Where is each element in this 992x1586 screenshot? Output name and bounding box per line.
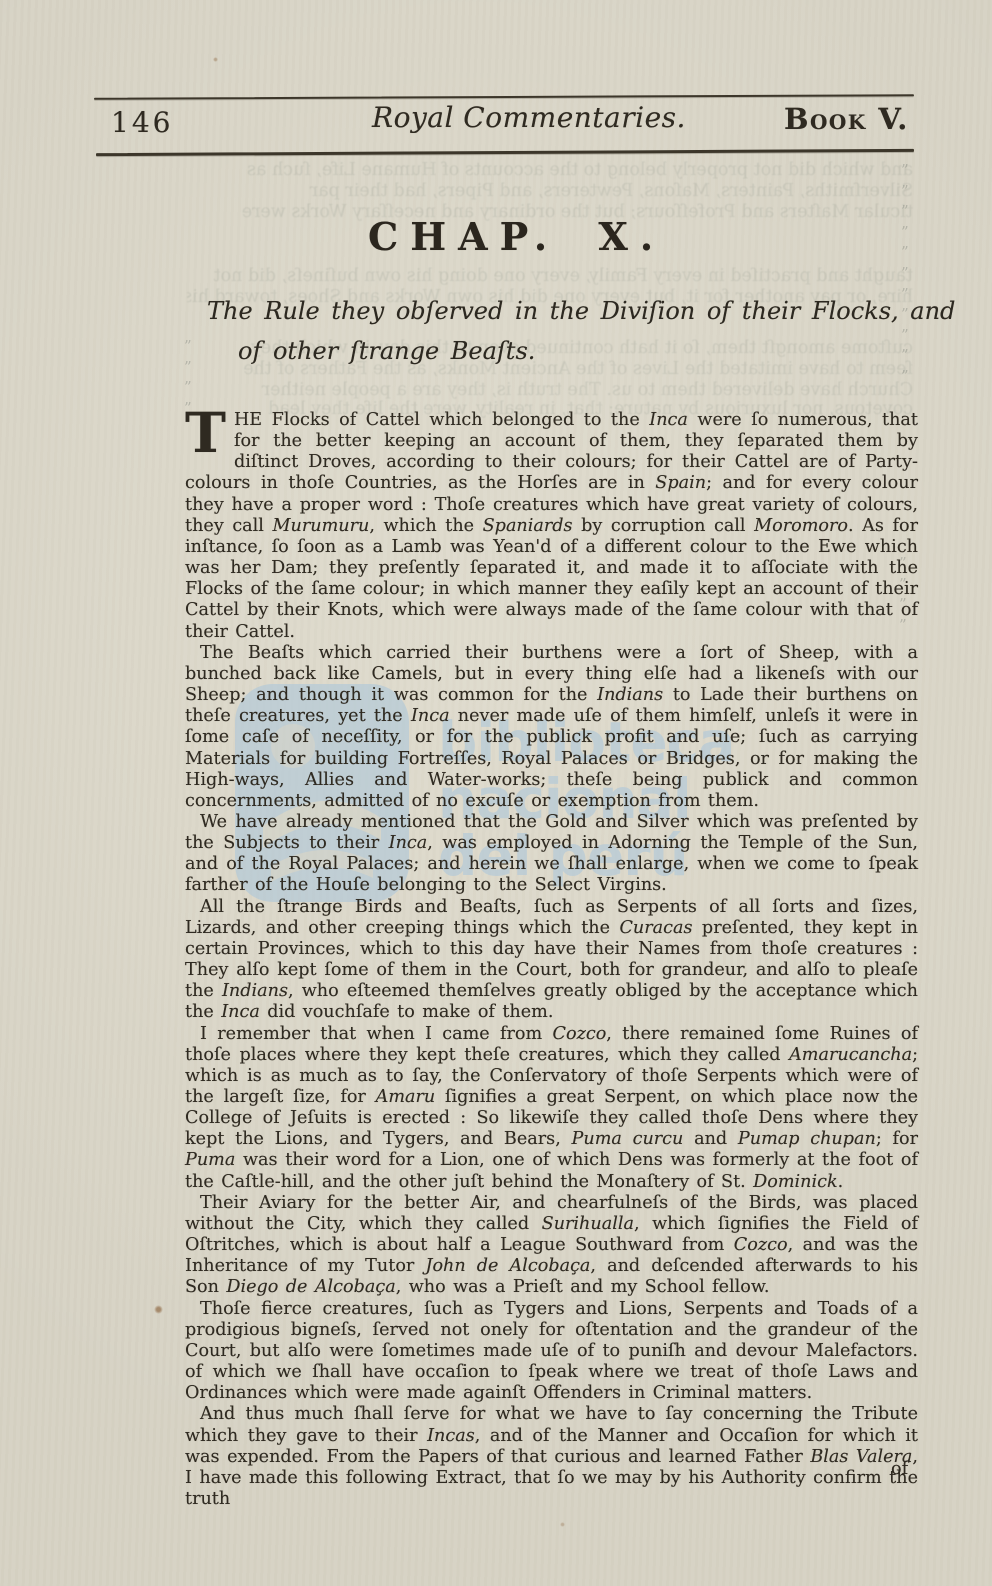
paragraph: All the ſtrange Birds and Beaſts, ſuch a… [185,897,918,1024]
chapter-heading: CHAP. X. [368,214,665,259]
bleedthrough-line: Silverſmiths, Painters, Maſons, Pewterer… [187,181,913,201]
paragraph: Their Aviary for the better Air, and che… [185,1193,918,1299]
paragraph: Thoſe fierce creatures, ſuch as Tygers a… [185,1299,918,1405]
bleedthrough-quote-marks: ” ” ” ” ” ” ” ” ” ” ” [901,160,909,387]
paragraph: The Beaſts which carried their burthens … [185,643,918,812]
foxing-spot [213,57,218,62]
paragraph: I remember that when I came from Cozco, … [185,1024,918,1193]
catchword: of [891,1459,908,1479]
drop-cap: T [185,410,234,454]
paragraph: And thus much ſhall ſerve for what we ha… [185,1404,918,1510]
bleedthrough-line: Church have delivered them to us. The tr… [187,380,913,400]
bleedthrough-line: taught and practiſed in every Family, ev… [187,266,913,286]
header-rule-top [94,94,914,100]
running-title: Royal Commentaries. [372,101,686,134]
foxing-spot [560,1522,565,1527]
foxing-spot [154,1305,163,1314]
book-label: Book V. [784,102,909,136]
page-number: 146 [111,106,173,139]
chapter-subtitle-line2: of other ſtrange Beaſts. [238,337,535,365]
bleedthrough-line: and which did not properly belong to the… [187,160,913,180]
body-text: THE Flocks of Cattel which belonged to t… [185,410,918,1510]
page-scan: and which did not properly belong to the… [0,0,992,1586]
paragraph: We have already mentioned that the Gold … [185,812,918,897]
chapter-subtitle-line1: The Rule they obſerved in the Diviſion o… [207,297,955,325]
paragraph: THE Flocks of Cattel which belonged to t… [185,410,918,643]
header-rule-bottom [96,149,914,156]
